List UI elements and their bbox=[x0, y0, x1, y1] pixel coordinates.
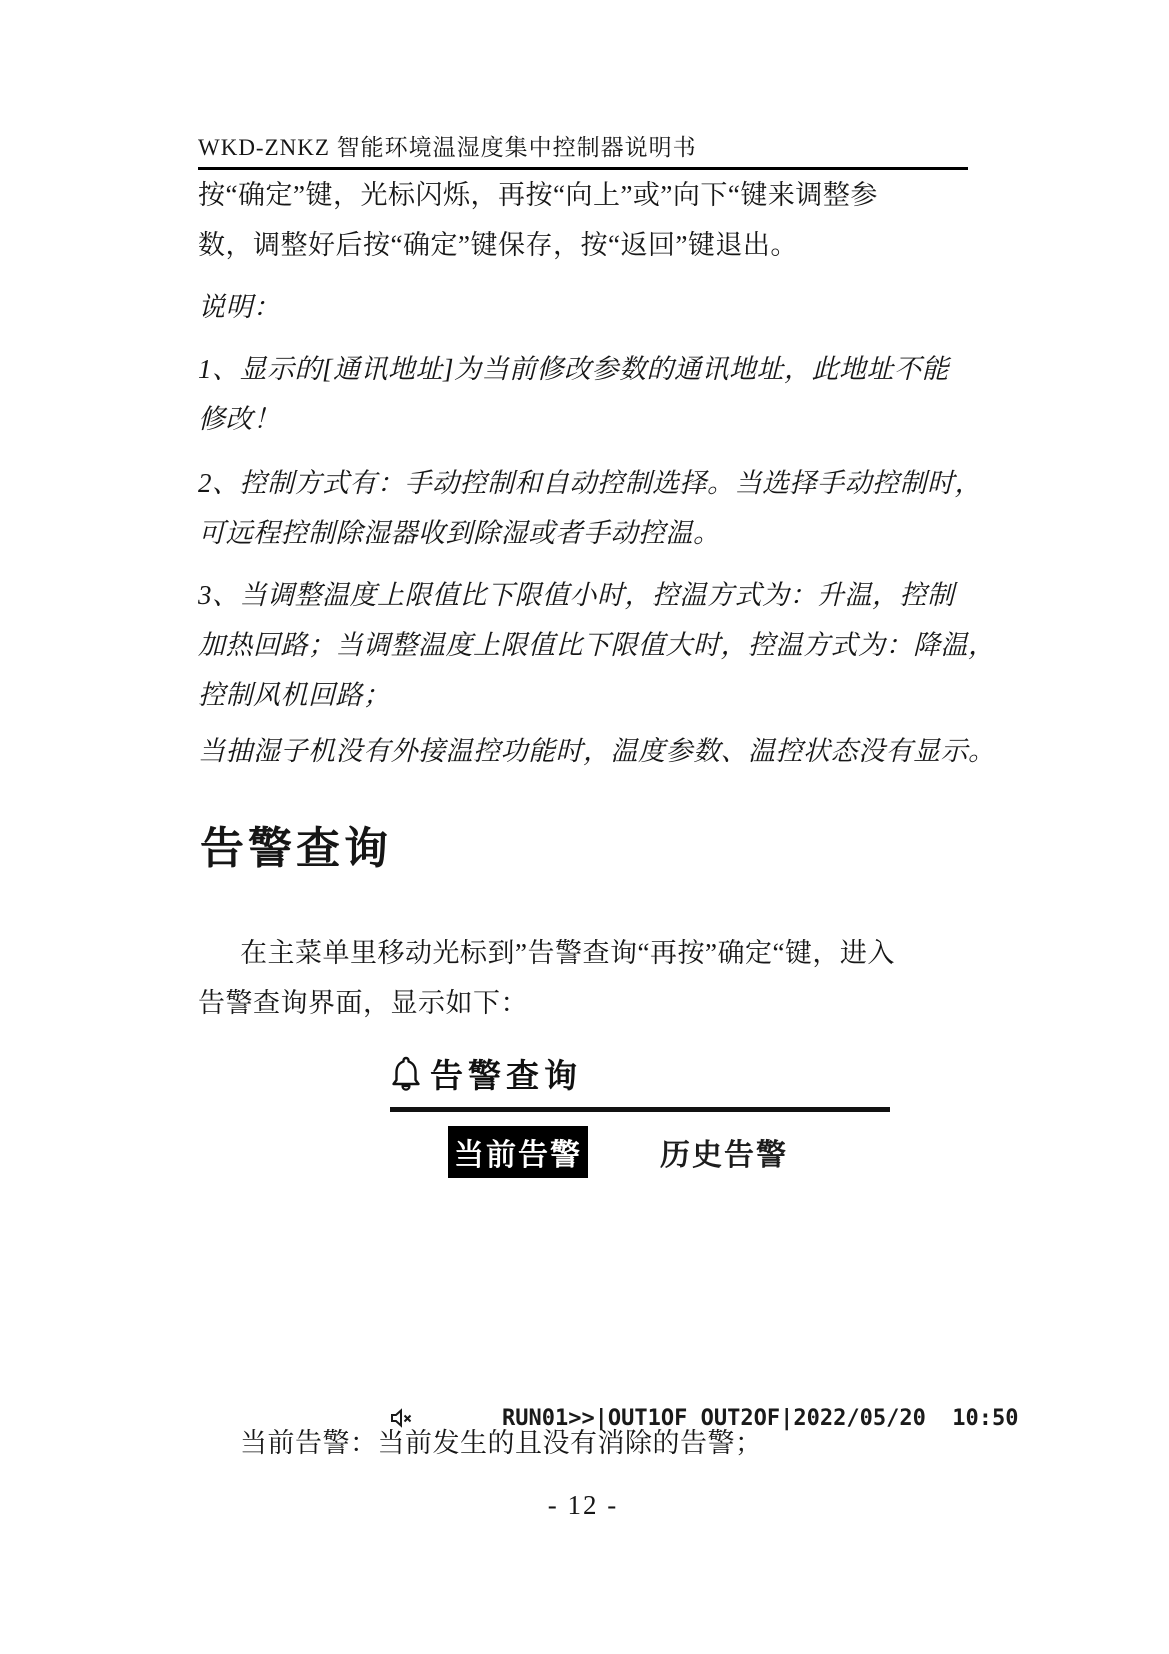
caption-current-alarm: 当前告警：当前发生的且没有消除的告警； bbox=[240, 1418, 763, 1468]
section-paragraph: 在主菜单里移动光标到”告警查询“再按”确定“键，进入 告警查询界面，显示如下： bbox=[198, 928, 895, 1028]
note-item-3-line-3: 控制风机回路； bbox=[198, 670, 996, 720]
intro-line-1: 按“确定”键，光标闪烁，再按“向上”或”向下“键来调整参 bbox=[198, 170, 878, 220]
tab-history-alarm: 历史告警 bbox=[654, 1126, 794, 1178]
lcd-title-rule bbox=[390, 1107, 890, 1112]
lcd-title-row: 告警查询 bbox=[390, 1050, 895, 1097]
page-header-text: WKD-ZNKZ 智能环境温湿度集中控制器说明书 bbox=[198, 135, 697, 160]
bell-icon bbox=[390, 1056, 422, 1092]
lcd-title: 告警查询 bbox=[430, 1050, 582, 1097]
page-header: WKD-ZNKZ 智能环境温湿度集中控制器说明书 bbox=[198, 134, 968, 170]
section-paragraph-line-1: 在主菜单里移动光标到”告警查询“再按”确定“键，进入 bbox=[198, 928, 895, 978]
note-item-1-line-1: 1、显示的[通讯地址]为当前修改参数的通讯地址，此地址不能 bbox=[198, 344, 949, 394]
page-number: - 12 - bbox=[198, 1490, 968, 1521]
tab-current-alarm: 当前告警 bbox=[448, 1126, 588, 1178]
intro-paragraph: 按“确定”键，光标闪烁，再按“向上”或”向下“键来调整参 数，调整好后按“确定”… bbox=[198, 170, 878, 270]
note-item-3-line-1: 3、当调整温度上限值比下限值小时，控温方式为：升温，控制 bbox=[198, 570, 996, 620]
note-item-4: 当抽湿子机没有外接温控功能时，温度参数、温控状态没有显示。 bbox=[198, 726, 996, 776]
intro-line-2: 数，调整好后按“确定”键保存，按“返回”键退出。 bbox=[198, 220, 878, 270]
lcd-tabs: 当前告警 历史告警 bbox=[448, 1126, 895, 1178]
note-item-3: 3、当调整温度上限值比下限值小时，控温方式为：升温，控制 加热回路；当调整温度上… bbox=[198, 570, 996, 720]
note-item-4-line-1: 当抽湿子机没有外接温控功能时，温度参数、温控状态没有显示。 bbox=[198, 726, 996, 776]
note-item-2-line-1: 2、控制方式有：手动控制和自动控制选择。当选择手动控制时， bbox=[198, 458, 982, 508]
note-item-2-line-2: 可远程控制除湿器收到除湿或者手动控温。 bbox=[198, 508, 982, 558]
manual-page: WKD-ZNKZ 智能环境温湿度集中控制器说明书 按“确定”键，光标闪烁，再按“… bbox=[0, 0, 1169, 1654]
section-paragraph-line-2: 告警查询界面，显示如下： bbox=[198, 978, 895, 1028]
section-title: 告警查询 bbox=[200, 812, 392, 876]
notes-label: 说明： bbox=[198, 282, 281, 332]
note-item-1: 1、显示的[通讯地址]为当前修改参数的通讯地址，此地址不能 修改！ bbox=[198, 344, 949, 444]
note-item-2: 2、控制方式有：手动控制和自动控制选择。当选择手动控制时， 可远程控制除湿器收到… bbox=[198, 458, 982, 558]
note-item-3-line-2: 加热回路；当调整温度上限值比下限值大时，控温方式为：降温， bbox=[198, 620, 996, 670]
note-item-1-line-2: 修改！ bbox=[198, 394, 949, 444]
lcd-screen-mockup: 告警查询 当前告警 历史告警 RUN01>>|OUT1OF OUT2OF|202… bbox=[390, 1050, 895, 1395]
